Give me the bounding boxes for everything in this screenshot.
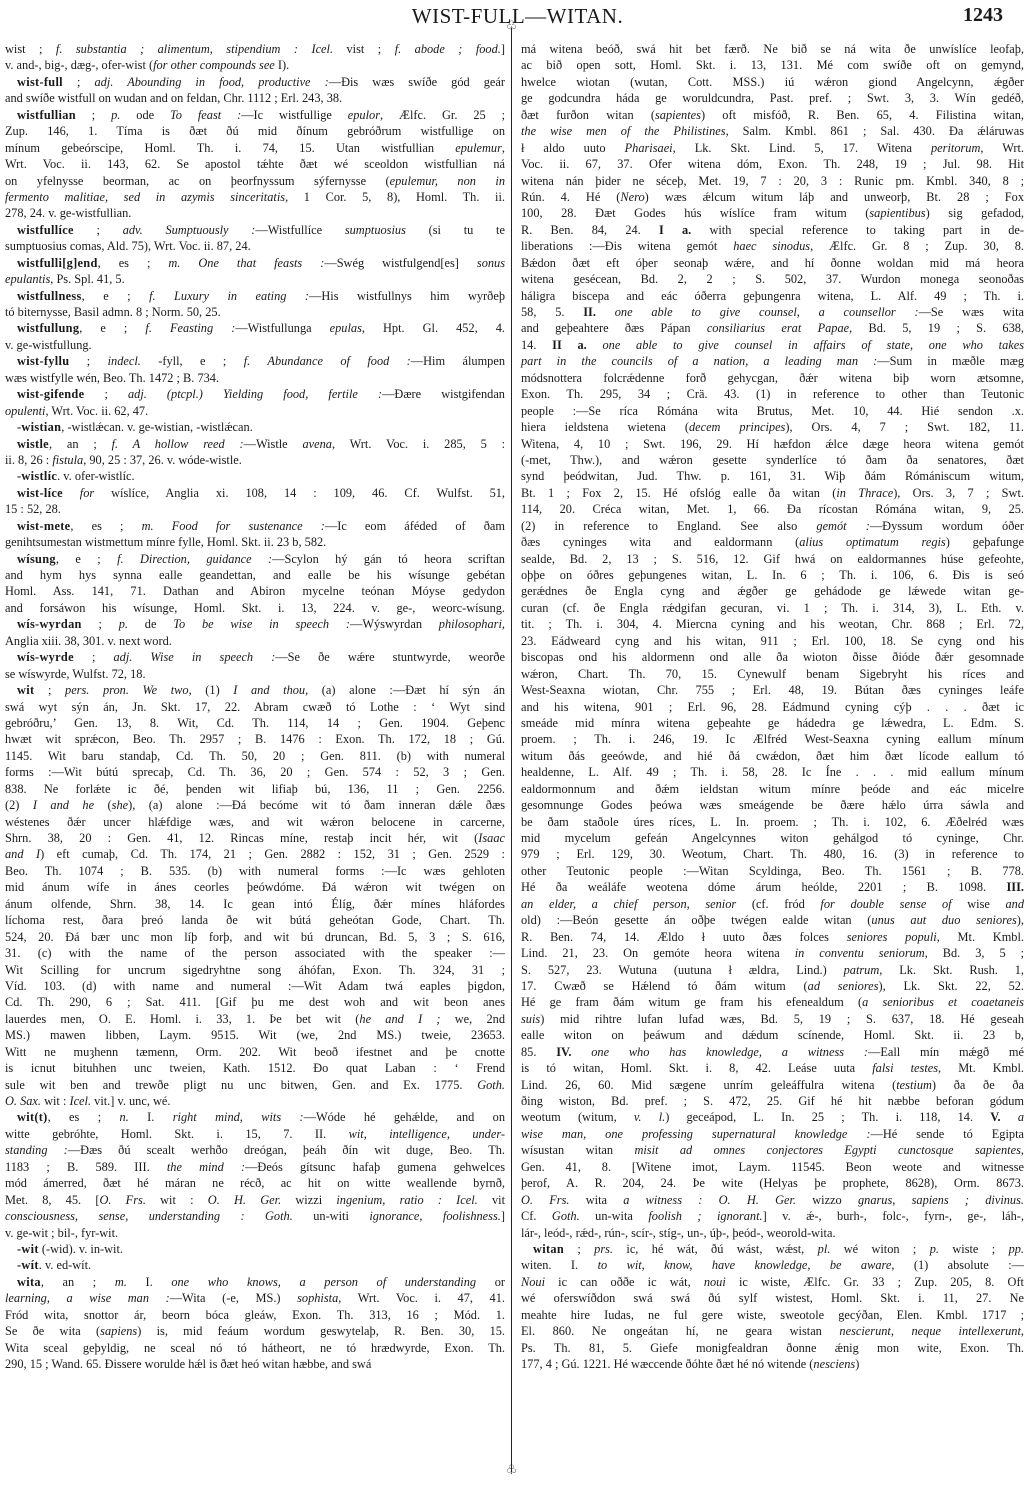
dictionary-entry-start-line: wist-full ; adj. Abounding in food, prod… xyxy=(5,74,505,90)
dictionary-text-line: Zup. 146, 1. Tíma is ðæt ðú mid ðínum ge… xyxy=(5,123,505,139)
dictionary-text-line: Rún. 4. Hé (Nero) wæs ǽlcum witum láþ an… xyxy=(521,189,1024,205)
dictionary-text-line: witena gesécean, Bd. 2, 2 ; S. 502, 37. … xyxy=(521,271,1024,287)
dictionary-text-line: O. Sax. wit : Icel. vit.] v. unc, wé. xyxy=(5,1093,505,1109)
headword: wit(t) xyxy=(17,1110,48,1124)
dictionary-text-line: is icnut bituhhen unc tweien, Kath. 1512… xyxy=(5,1060,505,1076)
dictionary-entry-start-line: wistfullness, e ; f. Luxury in eating :—… xyxy=(5,288,505,304)
dictionary-text-line: Homl. Ass. 141, 71. Dathan and Abiron my… xyxy=(5,583,505,599)
column-rule-ornament-bottom-icon: ♧ xyxy=(504,1462,519,1477)
dictionary-entry-start-line: wistfullian ; p. ode To feast :—Ic wistf… xyxy=(5,107,505,123)
headword: -wit xyxy=(17,1242,39,1256)
dictionary-text-line: and his witena, 901 ; Erl. 96, 28. Eádmu… xyxy=(521,699,1024,715)
dictionary-text-line: forms :—Wit bútú sprecaþ, Cd. Th. 36, 20… xyxy=(5,764,505,780)
dictionary-text-line: Gen. 41, 8. [Witene imot, Laym. 11545. B… xyxy=(521,1159,1024,1175)
dictionary-text-line: ðing wiston, Bd. pref. ; S. 472, 25. Gif… xyxy=(521,1093,1024,1109)
dictionary-text-line: lár-, leód-, rǽd-, rún-, scír-, stíg-, u… xyxy=(521,1225,1024,1241)
dictionary-text-line: hwæt wit sprǽcon, Beo. Th. 2957 ; B. 147… xyxy=(5,731,505,747)
dictionary-text-line: weotum (witum, v. l.) geceápod, L. In. 2… xyxy=(521,1109,1024,1125)
dictionary-text-line: wist ; f. substantia ; alimentum, stipen… xyxy=(5,41,505,57)
dictionary-text-line: wǽron, Chart. Th. 70, 15. Cynewulf benam… xyxy=(521,666,1024,682)
dictionary-entry-start-line: wistle, an ; f. A hollow reed :—Wistle a… xyxy=(5,436,505,452)
dictionary-text-line: 31. (c) with the name of the person asso… xyxy=(5,945,505,961)
dictionary-entry-start-line: wistfullung, e ; f. Feasting :—Wistfullu… xyxy=(5,320,505,336)
dictionary-entry-start-line: wita, an ; m. I. one who knows, a person… xyxy=(5,1274,505,1290)
headword: wist-líce xyxy=(17,486,63,500)
dictionary-text-line: mid ánum wífe in ánes ceorles þeówdóme. … xyxy=(5,879,505,895)
headword: wist-full xyxy=(17,75,63,89)
dictionary-text-line: oþþe on óðres geþungenes witan, L. In. 6… xyxy=(521,567,1024,583)
dictionary-entry-start-line: -wít. v. ed-wít. xyxy=(5,1257,505,1273)
dictionary-text-line: people :—Se ríca Rómána wita Brutus, Met… xyxy=(521,403,1024,419)
headword: wistle xyxy=(17,437,49,451)
dictionary-text-line: 1183 ; B. 589. III. the mind :—Ðeós gíts… xyxy=(5,1159,505,1175)
dictionary-text-line: sule wit ben and trewðe pligt nu unc bit… xyxy=(5,1077,505,1093)
dictionary-text-line: part in the councils of a nation, a lead… xyxy=(521,353,1024,369)
dictionary-text-line: Ps. Th. 81, 5. Giefe monigfealdran ðonne… xyxy=(521,1340,1024,1356)
dictionary-text-line: Hé ða weáláfe weotena dóme árum heólde, … xyxy=(521,879,1024,895)
dictionary-text-line: v. ge-wit ; bil-, fyr-wit. xyxy=(5,1225,505,1241)
dictionary-text-line: gerǽdnes ðe Engla cyng and ǽgðer ge gehá… xyxy=(521,583,1024,599)
dictionary-text-line: wise man, one professing supernatural kn… xyxy=(521,1126,1024,1142)
dictionary-text-line: tó biternysse, Basil admn. 8 ; Norm. 50,… xyxy=(5,304,505,320)
dictionary-text-line: (2) I and he (she), (a) alone :—Ðá becóm… xyxy=(5,797,505,813)
headword: wistfulli[g]end xyxy=(17,256,98,270)
dictionary-text-line: Cd. Th. 290, 6 ; Sat. 411. [Gif þu me de… xyxy=(5,994,505,1010)
dictionary-text-line: wísustan witan misit ad omnes conjectore… xyxy=(521,1142,1024,1158)
dictionary-entry-start-line: -wistlíc. v. ofer-wistlíc. xyxy=(5,468,505,484)
dictionary-text-line: 1145. Wit baru standaþ, Cd. Th. 50, 20 ;… xyxy=(5,748,505,764)
dictionary-text-line: and swíðe wistfull on wudan and on felda… xyxy=(5,90,505,106)
dictionary-text-line: R. Ben. 74, 14. Ældo ł uuto ðæs folces s… xyxy=(521,929,1024,945)
headword: wistfullian xyxy=(17,108,76,122)
dictionary-text-line: El. 860. Ne ongeátan hí, ne geara wistan… xyxy=(521,1323,1024,1339)
dictionary-text-line: is tó witan, Homl. Skt. i. 8, 42. Leáse … xyxy=(521,1060,1024,1076)
dictionary-text-line: Met. 8, 45. [O. Frs. wit : O. H. Ger. wi… xyxy=(5,1192,505,1208)
dictionary-text-line: O. Frs. wita a witness : O. H. Ger. wizz… xyxy=(521,1192,1024,1208)
dictionary-text-line: on yfelnysse beorman, ac on þeorfnyssum … xyxy=(5,173,505,189)
dictionary-text-line: 278, 24. v. ge-wistfullian. xyxy=(5,205,505,221)
dictionary-entry-start-line: wist-líce for wíslíce, Anglia xi. 108, 1… xyxy=(5,485,505,501)
dictionary-entry-start-line: wist-mete, es ; m. Food for sustenance :… xyxy=(5,518,505,534)
dictionary-text-line: old) :—Beón gesette án oðþe twégen ealde… xyxy=(521,912,1024,928)
dictionary-text-line: 14. II a. one able to give counsel in af… xyxy=(521,337,1024,353)
dictionary-text-line: mid mycelum gefeán Angelcynnes witon geh… xyxy=(521,830,1024,846)
dictionary-text-line: ealle witon on þeáwum and dǽdum scínende… xyxy=(521,1027,1024,1043)
headword: wist-gifende xyxy=(17,387,84,401)
dictionary-text-line: Wrt. Voc. ii. 143, 62. Se apostol tǽhte … xyxy=(5,156,505,172)
dictionary-text-line: swá wyt sýn án, Jn. Skt. 17, 22. Abram c… xyxy=(5,699,505,715)
dictionary-text-line: Bt. 1 ; Fox 2, 15. Hé ofslóg ealle ða wi… xyxy=(521,485,1024,501)
dictionary-text-line: ł aldo uuto Pharisaei, Lk. Skt. Lind. 5,… xyxy=(521,140,1024,156)
dictionary-text-line: Wita sceal geþyldig, ne sceal nó tó háth… xyxy=(5,1340,505,1356)
dictionary-entry-start-line: wist-gifende ; adj. (ptcpl.) Yielding fo… xyxy=(5,386,505,402)
dictionary-text-line: Cf. Goth. un-wita foolish ; ignorant.] v… xyxy=(521,1208,1024,1224)
dictionary-text-line: Se ðe wita (sapiens) is, mid feáum wordu… xyxy=(5,1323,505,1339)
headword: wistfullíce xyxy=(17,223,74,237)
dictionary-entry-start-line: wís-wyrdan ; p. de To be wise in speech … xyxy=(5,616,505,632)
dictionary-text-line: 100, 28. Ðæt Godes hús wíslíce fram witu… xyxy=(521,205,1024,221)
dictionary-text-line: the wise men of the Philistines, Salm. K… xyxy=(521,123,1024,139)
dictionary-text-line: v. ge-wistfullung. xyxy=(5,337,505,353)
dictionary-text-line: synd þeódwitan, Jud. Thw. p. 161, 31. Wi… xyxy=(521,468,1024,484)
dictionary-text-line: and I) eft cumaþ, Cd. Th. 174, 21 ; Gen.… xyxy=(5,846,505,862)
right-column: má witena beóð, swá hit bet færð. Ne bið… xyxy=(521,41,1024,1372)
dictionary-text-line: 290, 15 ; Wand. 65. Ðissere worulde hǽl … xyxy=(5,1356,505,1372)
dictionary-text-line: epulantis, Ps. Spl. 41, 5. xyxy=(5,271,505,287)
dictionary-text-line: mínum gebeórscipe, Homl. Th. i. 74, 15. … xyxy=(5,140,505,156)
dictionary-text-line: meahte hire Iudas, ne ful gere wiste, sw… xyxy=(521,1307,1024,1323)
dictionary-text-line: Exon. Th. 295, 34 ; Crä. 43. (1) in refe… xyxy=(521,386,1024,402)
dictionary-text-line: Fród wita, snottor ár, beorn bóca gleáw,… xyxy=(5,1307,505,1323)
dictionary-text-line: 524, 20. Ðá bær unc mon líþ forþ, and wi… xyxy=(5,929,505,945)
dictionary-text-line: ðæt furðon witan (sapientes) oft misfóð,… xyxy=(521,107,1024,123)
dictionary-text-line: 177, 4 ; Gú. 1221. Hé wæccende ðóhte ðæt… xyxy=(521,1356,1024,1372)
dictionary-text-line: Hé ge fram ðám witum ge fram his efeneal… xyxy=(521,994,1024,1010)
dictionary-text-line: R. Ben. 84, 24. I a. with special refere… xyxy=(521,222,1024,238)
dictionary-text-line: tit. ; Th. i. 304, 4. Miercna cyning and… xyxy=(521,616,1024,632)
headword: wit xyxy=(17,683,34,697)
dictionary-text-line: ac bið open sott, Homl. Skt. i. 13, 131.… xyxy=(521,57,1024,73)
dictionary-entry-start-line: wísung, e ; f. Direction, guidance :—Scy… xyxy=(5,551,505,567)
dictionary-entry-start-line: wit ; pers. pron. We two, (1) I and thou… xyxy=(5,682,505,698)
dictionary-text-line: suis) mid rihtre lufan lufad wæs, Bd. 5,… xyxy=(521,1011,1024,1027)
dictionary-text-line: Víd. 103. (d) with name and numeral :—Wi… xyxy=(5,978,505,994)
dictionary-text-line: Witt ne muȝhenn tæmenn, Orm. 202. Wit be… xyxy=(5,1044,505,1060)
column-divider xyxy=(511,28,512,1472)
dictionary-text-line: Shrn. 38, 20 : Gen. 41, 12. Rincas míne,… xyxy=(5,830,505,846)
headword: wistfullung xyxy=(17,321,79,335)
dictionary-text-line: ge godcundra háda ge woruldcundra, Past.… xyxy=(521,90,1024,106)
dictionary-text-line: consciousness, sense, understanding : Go… xyxy=(5,1208,505,1224)
dictionary-text-line: standing :—Ðæs ðú scealt werhðo dreógan,… xyxy=(5,1142,505,1158)
dictionary-text-line: curan (cf. ðe Engla rǽdgifan gecuran, vi… xyxy=(521,600,1024,616)
dictionary-text-line: other Teutonic people :—Witan Scyldinga,… xyxy=(521,863,1024,879)
dictionary-text-line: and forsáwon his wísunge, Homl. Skt. i. … xyxy=(5,600,505,616)
dictionary-text-line: módsnottera folcrǽdenne forð gehycgan, ð… xyxy=(521,370,1024,386)
dictionary-text-line: mód ámerred, ðæt hé máran ne récð, ac hi… xyxy=(5,1175,505,1191)
dictionary-text-line: and hym hys synna ealle geandettan, and … xyxy=(5,567,505,583)
dictionary-text-line: MS.) mawen libben, Laym. 9515. Wit (we, … xyxy=(5,1027,505,1043)
dictionary-text-line: an elder, a chief person, senior (cf. fr… xyxy=(521,896,1024,912)
dictionary-text-line: hwelce wiotan (wutan, Cott. MSS.) iú wǽr… xyxy=(521,74,1024,90)
dictionary-text-line: S. 527, 23. Wutuna (uutuna ł ældra, Lind… xyxy=(521,962,1024,978)
dictionary-entry-start-line: -wistian, -wistlǽcan. v. ge-wistian, -wi… xyxy=(5,419,505,435)
dictionary-text-line: ánum olfende, Shrn. 38, 14. Ic gean intó… xyxy=(5,896,505,912)
headword: wist-fyllu xyxy=(17,354,69,368)
dictionary-text-line: Bǽdon ðæt eft óþer seonaþ wǽre, and hí ð… xyxy=(521,255,1024,271)
dictionary-text-line: wæs wistfylle wén, Beo. Th. 1472 ; B. 73… xyxy=(5,370,505,386)
dictionary-text-line: 114, 20. Créca witan, Met. 1, 66. Ða ríc… xyxy=(521,501,1024,517)
headword: wistfullness xyxy=(17,289,82,303)
dictionary-text-line: v. and-, big-, dæg-, ofer-wist (for othe… xyxy=(5,57,505,73)
dictionary-text-line: Witena, 4, 10 ; Swt. 196, 29. Hí hæfdon … xyxy=(521,436,1024,452)
dictionary-text-line: Beo. Th. 1074 ; B. 535. (b) with numeral… xyxy=(5,863,505,879)
dictionary-text-line: Lind. 26, 60. Mid sægene unrím geleáfful… xyxy=(521,1077,1024,1093)
left-column: wist ; f. substantia ; alimentum, stipen… xyxy=(5,41,505,1372)
headword: wís-wyrdan xyxy=(17,617,82,631)
dictionary-text-line: wé oferswíðdon swá swá ðú sylf wistest, … xyxy=(521,1290,1024,1306)
page-number: 1243 xyxy=(963,4,1003,27)
headword: -wít xyxy=(17,1258,39,1272)
dictionary-entry-start-line: witan ; prs. ic, hé wát, ðú wást, wǽst, … xyxy=(521,1241,1024,1257)
dictionary-text-line: Wit Scilling for uncrum sigedryhtne song… xyxy=(5,962,505,978)
dictionary-entry-start-line: wistfulli[g]end, es ; m. One that feasts… xyxy=(5,255,505,271)
dictionary-entry-start-line: wís-wyrde ; adj. Wise in speech :—Se ðe … xyxy=(5,649,505,665)
dictionary-text-line: háligra biscepa and eác óðerra geþungenr… xyxy=(521,288,1024,304)
dictionary-text-line: (-met, Thw.), and wǽron gesette synderlí… xyxy=(521,452,1024,468)
dictionary-text-line: wéstenes ðǽr uncer hlǽfdige wæs, and wit… xyxy=(5,814,505,830)
headword: witan xyxy=(533,1242,564,1256)
dictionary-text-line: smeáde mid mínra witena geþeahte ge háde… xyxy=(521,715,1024,731)
dictionary-text-line: witena nán þider ne séceþ, Met. 19, 7 : … xyxy=(521,173,1024,189)
dictionary-text-line: sealde, Bd. 2, 13 ; S. 516, 12. Gif hwá … xyxy=(521,551,1024,567)
dictionary-text-line: West-Seaxna wiotan, Chr. 755 ; Erl. 48, … xyxy=(521,682,1024,698)
dictionary-text-line: proem. ; Th. i. 246, 19. Ic Ælfréd West-… xyxy=(521,731,1024,747)
dictionary-text-line: þerof, A. R. 204, 24. Þe wite (Helyas þe… xyxy=(521,1175,1024,1191)
dictionary-text-line: hiera ieldstena wietena (decem principes… xyxy=(521,419,1024,435)
dictionary-text-line: 58, 5. II. one able to give counsel, a c… xyxy=(521,304,1024,320)
headword: -wistlíc xyxy=(17,469,57,483)
dictionary-text-line: (2) in reference to England. See also ge… xyxy=(521,518,1024,534)
dictionary-text-line: 17. Cwæð se Hǽlend tó ðám witum (ad seni… xyxy=(521,978,1024,994)
dictionary-text-line: learning, a wise man :—Wita (-e, MS.) so… xyxy=(5,1290,505,1306)
dictionary-text-line: healdenne, L. Alf. 49 ; Th. i. 58, 28. I… xyxy=(521,764,1024,780)
dictionary-text-line: 23. Eádweard cyng and his witan, 911 ; E… xyxy=(521,633,1024,649)
dictionary-text-line: 979 ; Erl. 129, 30. Weotum, Chart. Th. 4… xyxy=(521,846,1024,862)
dictionary-text-line: Anglia xiii. 38, 301. v. next word. xyxy=(5,633,505,649)
dictionary-text-line: biscopas ond his aldormenn ond alle ða w… xyxy=(521,649,1024,665)
headword: wís-wyrde xyxy=(17,650,74,664)
dictionary-entry-start-line: wist-fyllu ; indecl. -fyll, e ; f. Abund… xyxy=(5,353,505,369)
dictionary-text-line: be ðam staðole úres ríces, L. In. proem.… xyxy=(521,814,1024,830)
dictionary-text-line: sumptuosius comas, Ald. 75), Wrt. Voc. i… xyxy=(5,238,505,254)
dictionary-text-line: 15 : 52, 28. xyxy=(5,501,505,517)
dictionary-text-line: ii. 8, 26 : fistula, 90, 25 : 37, 26. v.… xyxy=(5,452,505,468)
headword: -wistian xyxy=(17,420,61,434)
dictionary-text-line: ðæs cyninges wita and ealdormann (alius … xyxy=(521,534,1024,550)
dictionary-entry-start-line: wistfullíce ; adv. Sumptuously :—Wistful… xyxy=(5,222,505,238)
headword: wísung xyxy=(17,552,56,566)
dictionary-text-line: 838. Ne forlǽte ic ðé, þenden wit lifiaþ… xyxy=(5,781,505,797)
headword: wita xyxy=(17,1275,41,1289)
dictionary-text-line: fermento malitiae, sed in azymis sinceri… xyxy=(5,189,505,205)
dictionary-text-line: and geþeahtere ðæs Pápan consiliarius er… xyxy=(521,320,1024,336)
dictionary-text-line: genihtsumestan wistmettum mínre fylle, H… xyxy=(5,534,505,550)
dictionary-text-line: witum ðás geeówde, and hié ðá cwǽdon, ðæ… xyxy=(521,748,1024,764)
dictionary-text-line: 85. IV. one who has knowledge, a witness… xyxy=(521,1044,1024,1060)
dictionary-text-line: witen. I. to wit, know, have knowledge, … xyxy=(521,1257,1024,1273)
headword: wist-mete xyxy=(17,519,70,533)
dictionary-text-line: má witena beóð, swá hit bet færð. Ne bið… xyxy=(521,41,1024,57)
dictionary-text-line: liberations :—Ðis witena gemót haec sino… xyxy=(521,238,1024,254)
dictionary-text-line: ealdormonnum and ðǽm ieldstan witum mínr… xyxy=(521,781,1024,797)
dictionary-text-line: se wíswyrde, Wulfst. 72, 18. xyxy=(5,666,505,682)
dictionary-entry-start-line: wit(t), es ; n. I. right mind, wits :—Wó… xyxy=(5,1109,505,1125)
dictionary-text-line: Voc. ii. 67, 37. Ofer witena dóm, Exon. … xyxy=(521,156,1024,172)
dictionary-text-line: Noui ic can oððe ic wát, noui ic wiste, … xyxy=(521,1274,1024,1290)
dictionary-text-line: gesomnunge Godes þeówa wæs smeágende be … xyxy=(521,797,1024,813)
dictionary-text-line: opulenti, Wrt. Voc. ii. 62, 47. xyxy=(5,403,505,419)
dictionary-entry-start-line: -wit (-wid). v. in-wit. xyxy=(5,1241,505,1257)
dictionary-text-line: lauerdes men, O. E. Homl. i. 33, 1. Þe b… xyxy=(5,1011,505,1027)
dictionary-text-line: gebróðru,’ Gen. 13, 8. Wit, Cd. Th. 114,… xyxy=(5,715,505,731)
dictionary-text-line: Lind. 21, 23. On gemóte heora witena in … xyxy=(521,945,1024,961)
dictionary-text-line: witte gebróhte, Homl. Skt. i. 15, 7. II.… xyxy=(5,1126,505,1142)
dictionary-text-line: líchoma rest, ðara þreó landa ðe wit bút… xyxy=(5,912,505,928)
